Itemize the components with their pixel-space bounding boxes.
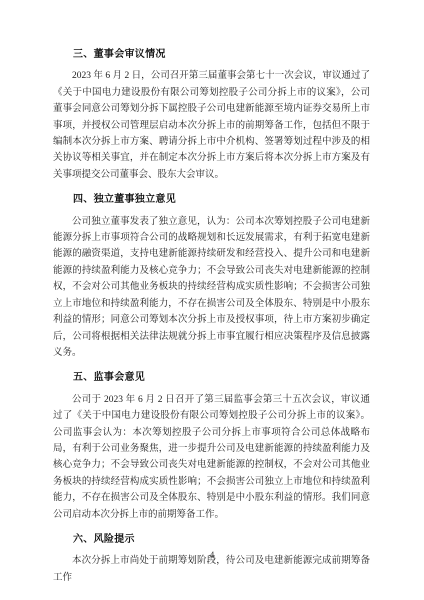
section-heading-independent-directors: 四、独立董事独立意见 xyxy=(53,192,370,208)
document-page: 三、董事会审议情况 2023 年 6 月 2 日，公司召开第三届董事会第七十一次… xyxy=(0,0,424,600)
paragraph-independent-directors: 公司独立董事发表了独立意见，认为：公司本次筹划控股子公司电建新能源分拆上市事项符… xyxy=(53,214,370,362)
section-heading-supervisory-board: 五、监事会意见 xyxy=(53,370,370,386)
section-independent-directors-opinion: 四、独立董事独立意见 公司独立董事发表了独立意见，认为：公司本次筹划控股子公司电… xyxy=(53,192,370,361)
section-heading-risk-notice: 六、风险提示 xyxy=(53,532,370,548)
paragraph-supervisory-board: 公司于 2023 年 6 月 2 日召开了第三届监事会第三十五次会议，审议通过了… xyxy=(53,392,370,523)
section-heading-board-review: 三、董事会审议情况 xyxy=(53,47,370,63)
section-board-review: 三、董事会审议情况 2023 年 6 月 2 日，公司召开第三届董事会第七十一次… xyxy=(53,47,370,183)
section-supervisory-board-opinion: 五、监事会意见 公司于 2023 年 6 月 2 日召开了第三届监事会第三十五次… xyxy=(53,370,370,523)
page-number: 4 xyxy=(0,550,424,560)
paragraph-board-review: 2023 年 6 月 2 日，公司召开第三届董事会第七十一次会议，审议通过了《关… xyxy=(53,68,370,183)
